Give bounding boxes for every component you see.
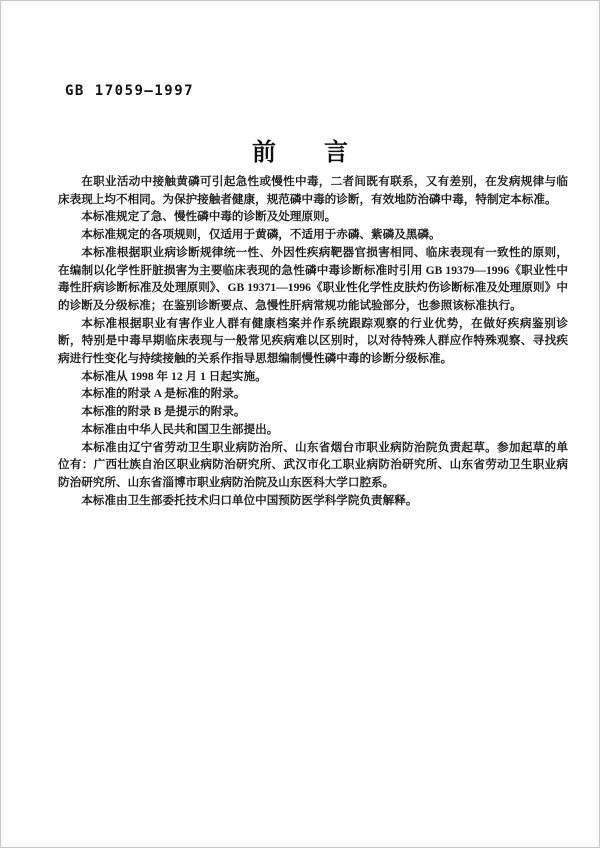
foreword-paragraph: 本标准根据职业有害作业人群有健康档案并作系统跟踪观察的行业优势，在做好疾病鉴别诊… xyxy=(58,315,568,368)
foreword-paragraph: 本标准由中华人民共和国卫生部提出。 xyxy=(58,421,568,439)
foreword-paragraph: 本标准由卫生部委托技术归口单位中国预防医学科学院负责解释。 xyxy=(58,492,568,510)
foreword-paragraph: 在职业活动中接触黄磷可引起急性或慢性中毒，二者间既有联系，又有差别，在发病规律与… xyxy=(58,173,568,208)
document-page: GB 17059—1997 前言 在职业活动中接触黄磷可引起急性或慢性中毒，二者… xyxy=(0,0,600,848)
foreword-paragraph: 本标准从 1998 年 12 月 1 日起实施。 xyxy=(58,368,568,386)
foreword-paragraph: 本标准的附录 B 是提示的附录。 xyxy=(58,403,568,421)
page-title: 前言 xyxy=(1,132,599,167)
foreword-paragraph: 本标准规定的各项规则，仅适用于黄磷，不适用于赤磷、紫磷及黑磷。 xyxy=(58,226,568,244)
foreword-body: 在职业活动中接触黄磷可引起急性或慢性中毒，二者间既有联系，又有差别，在发病规律与… xyxy=(58,173,568,509)
standard-code: GB 17059—1997 xyxy=(65,83,194,99)
foreword-paragraph: 本标准的附录 A 是标准的附录。 xyxy=(58,385,568,403)
foreword-paragraph: 本标准根据职业病诊断规律统一性、外因性疾病靶器官损害相同、临床表现有一致性的原则… xyxy=(58,244,568,315)
foreword-paragraph: 本标准由辽宁省劳动卫生职业病防治所、山东省烟台市职业病防治院负责起草。参加起草的… xyxy=(58,439,568,492)
foreword-paragraph: 本标准规定了急、慢性磷中毒的诊断及处理原则。 xyxy=(58,208,568,226)
